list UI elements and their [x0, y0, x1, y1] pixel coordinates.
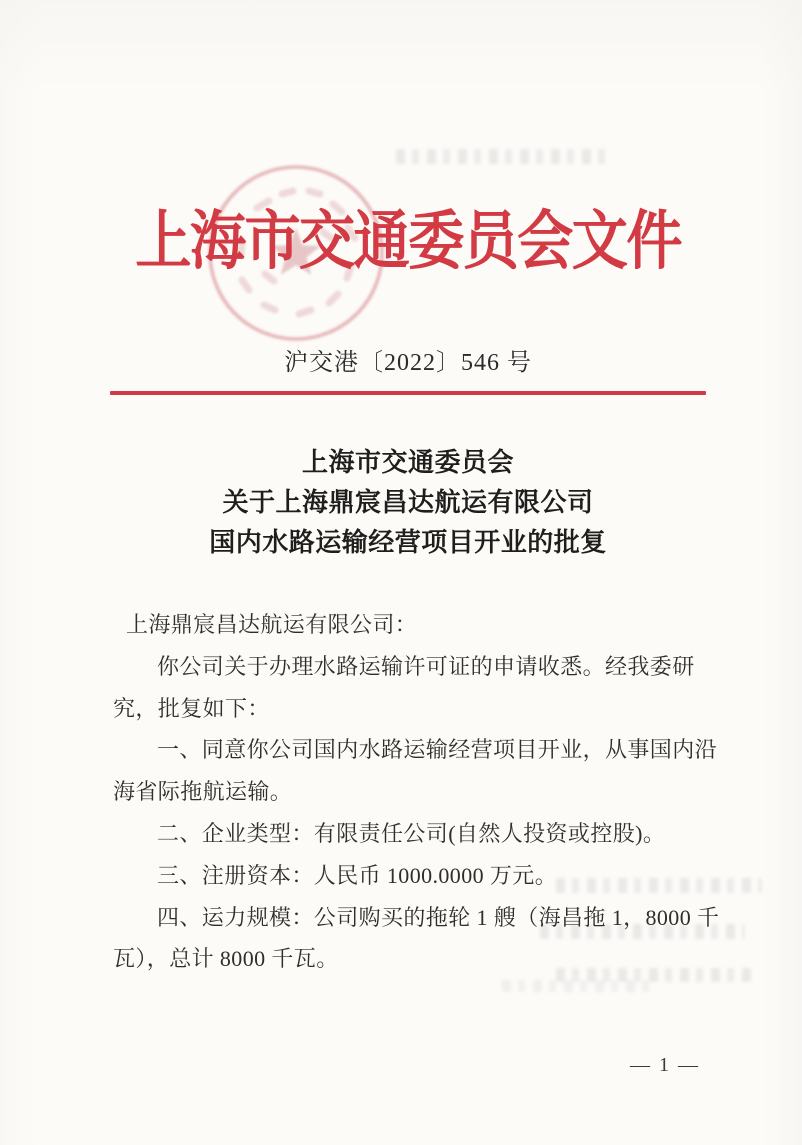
body-text: 上海鼎宸昌达航运有限公司：你公司关于办理水路运输许可证的申请收悉。经我委研究，批…: [113, 604, 705, 980]
body-line: 海省际拖航运输。: [113, 771, 705, 813]
document-title: 上海市交通委员会 关于上海鼎宸昌达航运有限公司 国内水路运输经营项目开业的批复: [14, 443, 802, 563]
document-title-line: 国内水路运输经营项目开业的批复: [14, 523, 802, 563]
red-rule: [110, 391, 706, 395]
document-title-line: 上海市交通委员会: [14, 443, 802, 483]
body-line: 四、运力规模：公司购买的拖轮 1 艘（海昌拖 1，8000 千: [113, 897, 705, 939]
masthead-title: 上海市交通委员会文件: [135, 207, 681, 277]
bleedthrough-smudge: [502, 980, 652, 992]
body-line: 一、同意你公司国内水路运输经营项目开业，从事国内沿: [113, 729, 705, 771]
body-line: 究，批复如下：: [113, 688, 705, 730]
bleedthrough-smudge: [396, 149, 608, 164]
body-line: 上海鼎宸昌达航运有限公司：: [113, 604, 705, 646]
page-number: — 1 —: [610, 1054, 720, 1077]
body-line: 二、企业类型：有限责任公司(自然人投资或控股)。: [113, 813, 705, 855]
document-number: 沪交港〔2022〕546 号: [14, 349, 802, 377]
body-line: 瓦），总计 8000 千瓦。: [113, 938, 705, 980]
document-title-line: 关于上海鼎宸昌达航运有限公司: [14, 483, 802, 523]
body-line: 你公司关于办理水路运输许可证的申请收悉。经我委研: [113, 646, 705, 688]
masthead: 上海市交通委员会文件: [14, 207, 802, 277]
body-line: 三、注册资本：人民币 1000.0000 万元。: [113, 855, 705, 897]
